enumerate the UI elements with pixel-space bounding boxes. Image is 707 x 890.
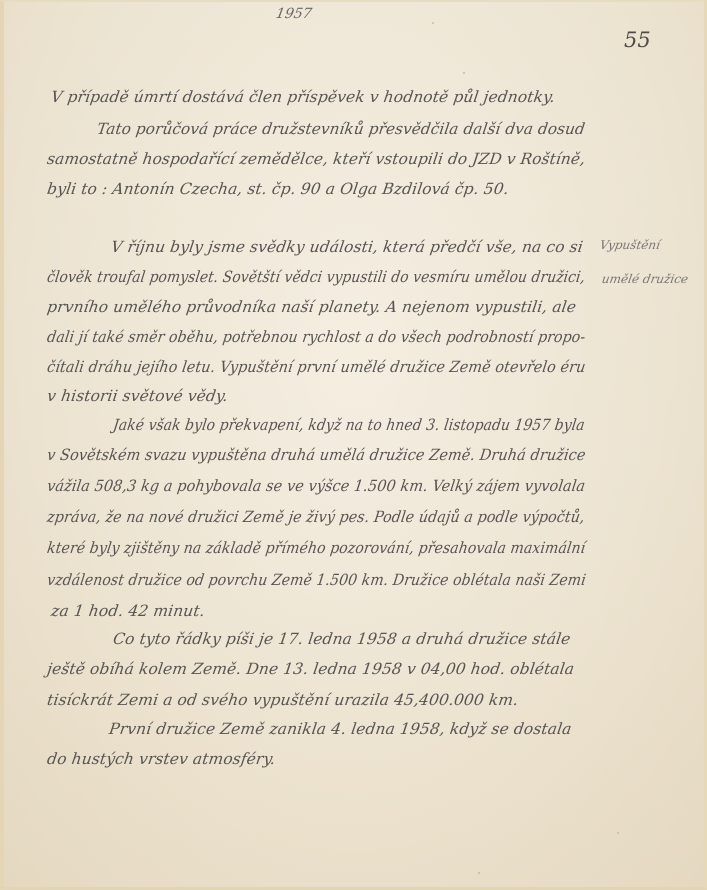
header-year: 1957: [275, 6, 313, 22]
text-line: dali jí také směr oběhu, potřebnou rychl…: [46, 328, 587, 346]
text-line: V říjnu byly jsme svědky události, která…: [110, 238, 584, 256]
text-line: byli to : Antonín Czecha, st. čp. 90 a O…: [46, 180, 510, 198]
paper-speck: [432, 22, 434, 24]
paper-speck: [617, 832, 619, 834]
text-line: které byly zjištěny na základě přímého p…: [46, 539, 587, 557]
text-line: do hustých vrstev atmosféry.: [46, 750, 277, 768]
text-line: čítali dráhu jejího letu. Vypuštění prvn…: [46, 358, 587, 376]
text-line: v historii světové vědy.: [46, 387, 229, 405]
paper-speck: [478, 872, 480, 874]
text-line: V případě úmrtí dostává člen příspěvek v…: [50, 88, 556, 106]
text-line: vážila 508,3 kg a pohybovala se ve výšce…: [46, 477, 586, 495]
text-line: prvního umělého průvodníka naší planety.…: [46, 298, 577, 316]
margin-note-line2: umělé družice: [601, 272, 690, 286]
page-number: 55: [624, 28, 651, 52]
text-line: za 1 hod. 42 minut.: [50, 602, 206, 620]
text-line: samostatně hospodařící zemědělce, kteří …: [46, 150, 586, 168]
text-line: tisíckrát Zemi a od svého vypuštění uraz…: [46, 691, 520, 709]
text-line: člověk troufal pomyslet. Sovětští vědci …: [46, 268, 586, 286]
text-line: zpráva, že na nové družici Země je živý …: [46, 508, 586, 526]
chronicle-page: 1957 55 V případě úmrtí dostává člen pří…: [0, 0, 707, 890]
text-line: První družice Země zanikla 4. ledna 1958…: [108, 720, 573, 738]
text-line: Co tyto řádky píši je 17. ledna 1958 a d…: [112, 630, 572, 648]
text-line: vzdálenost družice od povrchu Země 1.500…: [46, 571, 587, 589]
text-line: v Sovětském svazu vypuštěna druhá umělá …: [46, 446, 587, 464]
paper-speck: [463, 72, 465, 74]
text-line: Jaké však bylo překvapení, když na to hn…: [112, 416, 586, 434]
text-line: Tato porůčová práce družstevníků přesvěd…: [96, 120, 586, 138]
text-line: ještě obíhá kolem Země. Dne 13. ledna 19…: [46, 660, 575, 678]
margin-note-line1: Vypuštění: [599, 238, 661, 252]
